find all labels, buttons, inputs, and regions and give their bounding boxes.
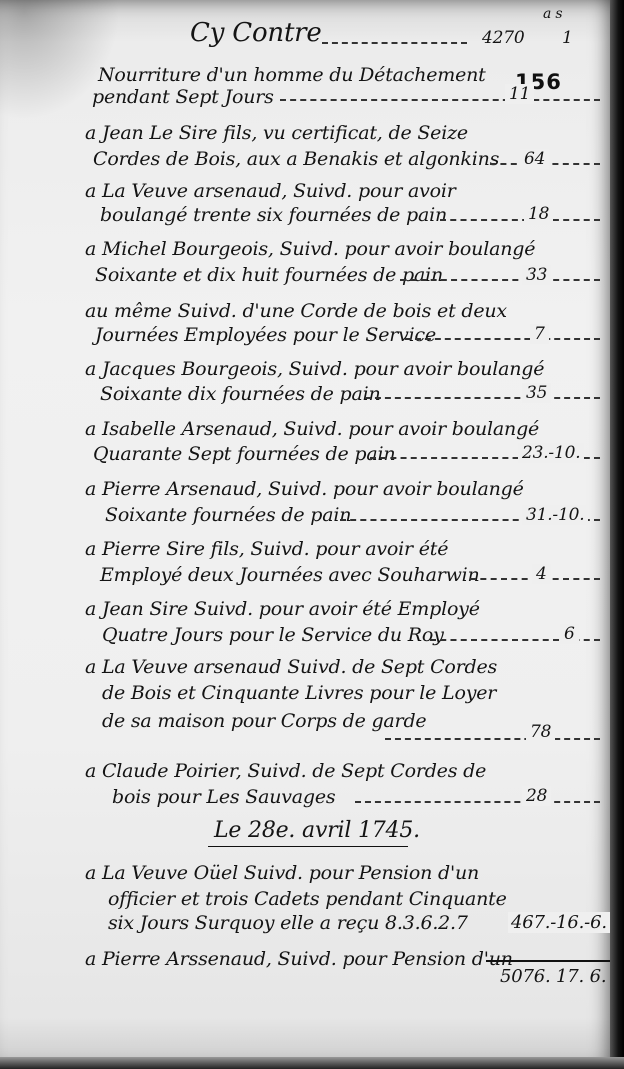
entry-amount: 467.-16.-6. (508, 912, 610, 933)
entry-line: officier et trois Cadets pendant Cinquan… (108, 888, 507, 910)
leader-dots (355, 801, 600, 803)
entry-line: pendant Sept Jours (92, 86, 274, 108)
entry-line: de Bois et Cinquante Livres pour le Loye… (102, 682, 496, 704)
leader-dots (365, 397, 600, 399)
entry-line: Cordes de Bois, aux a Benakis et algonki… (93, 148, 499, 170)
date-underline (208, 846, 408, 847)
carried-forward-livres: 4270 (482, 28, 524, 48)
leader-dots (440, 219, 600, 221)
entry-amount: 4 (532, 564, 551, 584)
entry-amount: 7 (530, 324, 549, 344)
page-bottom-edge (0, 1057, 624, 1069)
binding-shadow (610, 0, 624, 1069)
entry-amount: 6 (560, 624, 579, 644)
entry-amount: 18 (524, 204, 553, 224)
entry-line: a La Veuve arsenaud Suivd. de Sept Corde… (85, 656, 497, 678)
leader-dots (280, 99, 600, 101)
entry-amount: 31.-10. (522, 505, 588, 525)
entry-line: bois pour Les Sauvages (112, 786, 335, 808)
entry-line: a La Veuve Oüel Suivd. pour Pension d'un (85, 862, 479, 884)
entry-line: Quatre Jours pour le Service du Roy (102, 624, 444, 646)
entry-amount: 11 (505, 84, 534, 104)
entry-line: au même Suivd. d'une Corde de bois et de… (85, 300, 507, 322)
entry-line: Soixante fournées de pain (105, 504, 351, 526)
entry-line: six Jours Surquoy elle a reçu 8.3.6.2.7 (108, 912, 468, 934)
entry-line: a Pierre Arssenaud, Suivd. pour Pension … (85, 948, 513, 970)
entry-line: a Michel Bourgeois, Suivd. pour avoir bo… (85, 238, 535, 260)
entry-line: a Jean Sire Suivd. pour avoir été Employ… (85, 598, 480, 620)
entry-line: a Pierre Sire fils, Suivd. pour avoir ét… (85, 538, 448, 560)
entry-line: Soixante dix fournées de pain (100, 383, 380, 405)
entry-line: a Claude Poirier, Suivd. de Sept Cordes … (85, 760, 486, 782)
leader-dots (400, 279, 600, 281)
entry-line: a Jean Le Sire fils, vu certificat, de S… (85, 122, 468, 144)
entry-line: a La Veuve arsenaud, Suivd. pour avoir (85, 180, 456, 202)
entry-amount: 33 (522, 265, 551, 285)
leader-dots (322, 42, 467, 44)
heading-cy-contre: Cy Contre (190, 18, 322, 48)
entry-line: a Isabelle Arsenaud, Suivd. pour avoir b… (85, 418, 539, 440)
entry-amount: 35 (522, 383, 551, 403)
column-marks: a s (543, 6, 562, 22)
entry-line: Quarante Sept fournées de pain (93, 443, 395, 465)
entry-amount: 78 (526, 722, 555, 742)
leader-dots (385, 738, 600, 740)
carried-forward-sols: 1 (562, 28, 573, 48)
entry-amount: 28 (522, 786, 551, 806)
entry-line: boulangé trente six fournées de pain (100, 204, 447, 226)
page-total: 5076. 17. 6. (500, 966, 606, 987)
entry-line: Nourriture d'un homme du Détachement (98, 64, 486, 86)
entry-line: de sa maison pour Corps de garde (102, 710, 426, 732)
entry-line: a Pierre Arsenaud, Suivd. pour avoir bou… (85, 478, 524, 500)
manuscript-page: 156 Cy Contre 4270 1 a s Nourriture d'un… (0, 0, 612, 1060)
entry-line: Journées Employées pour le Service (95, 324, 436, 346)
entry-amount: 23.-10. (518, 443, 584, 463)
entry-line: Soixante et dix huit fournées de pain (95, 264, 443, 286)
leader-dots (405, 338, 600, 340)
entry-line: Employé deux Journées avec Souharwin (100, 564, 480, 586)
entry-amount: 64 (520, 149, 549, 169)
entry-line: a Jacques Bourgeois, Suivd. pour avoir b… (85, 358, 544, 380)
date-heading: Le 28e. avril 1745. (214, 818, 420, 843)
total-rule (486, 960, 610, 962)
